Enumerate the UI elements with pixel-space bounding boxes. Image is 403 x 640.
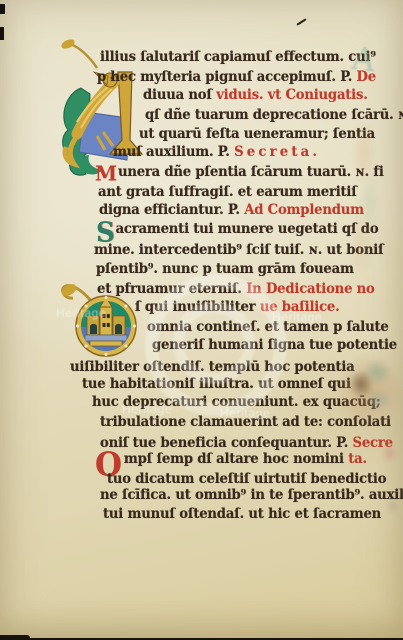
manuscript-line: ut quarū feſta ueneramur; ſentia — [139, 127, 375, 143]
rubric-text: Secreta. — [234, 145, 320, 161]
gold-leaf — [60, 37, 76, 50]
rubric-text: Ad Complendum — [244, 203, 364, 219]
manuscript-line: tuo dicatum celeſtiſ uirtutiſ benedictio — [107, 472, 386, 488]
manuscript-line: oniſ tue beneficia conſequantur. P. Secr… — [100, 436, 393, 452]
body-text: qſ dñe tuarum deprecatione ſcārū. ɴ. — [145, 108, 403, 124]
tower-window — [103, 323, 106, 327]
temple-step — [90, 341, 122, 346]
faint-pink-mark — [382, 443, 397, 463]
manuscript-line: digna efficiantur. P. Ad Complendum — [99, 203, 364, 219]
body-text: pſentib⁹. nunc p tuam grām foueam — [96, 262, 354, 278]
body-text: muſ auxilium. P. — [113, 145, 234, 161]
temple-tower — [100, 307, 112, 335]
manuscript-line: qſ dñe tuarum deprecatione ſcārū. ɴ. — [145, 108, 403, 124]
showthrough-smudge — [352, 122, 382, 270]
temple-arch-left — [90, 324, 97, 334]
body-text: unera dñe pſentia ſcārum tuarū. ɴ. fi — [118, 165, 384, 181]
tower-window — [103, 314, 106, 318]
manuscript-line: ne ſcīfica. ut omnib⁹ in te ſperantib⁹. … — [100, 488, 403, 504]
stain-dark-smudge — [348, 369, 374, 399]
temple-arch-right — [115, 324, 122, 334]
body-text: ut quarū feſta ueneramur; ſentia — [139, 127, 375, 143]
body-text: p hec myſteria pignuſ accepimuſ. P. — [97, 70, 357, 86]
body-text: ant grata ſuffragiſ. et earum meritiſ — [98, 185, 357, 201]
body-text: omnia contineſ. et tamen p ſalute — [147, 320, 389, 336]
rubric-text: In Dedicatione no — [246, 282, 374, 298]
tower-window — [107, 314, 110, 318]
manuscript-line: Munera dñe pſentia ſcārum tuarū. ɴ. fi — [95, 165, 384, 182]
body-text: tui munuſ oſtendaſ. ut hic et ſacramen — [103, 507, 381, 523]
pen-tick-mark — [296, 18, 306, 26]
manuscript-line: omnia contineſ. et tamen p ſalute — [147, 320, 389, 336]
body-text: tuo dicatum celeſtiſ uirtutiſ benedictio — [107, 472, 386, 488]
manuscript-line: ant grata ſuffragiſ. et earum meritiſ — [98, 185, 357, 201]
faint-pink-mark — [387, 498, 400, 514]
body-text: mine. intercedentib⁹ ſciſ tuiſ. ɴ. ut bo… — [94, 243, 384, 259]
body-text: oniſ tue beneficia conſequantur. P. — [100, 436, 353, 452]
manuscript-line: diuua noſ viduis. vt Coniugatis. — [143, 88, 368, 104]
rubric-text: ta. — [348, 452, 367, 468]
tower-window — [107, 323, 110, 327]
manuscript-line: tue habitationiſ illuſtra. ut omneſ qui — [82, 377, 351, 393]
manuscript-line: muſ auxilium. P. Secreta. — [113, 145, 320, 161]
manuscript-line: Sacramenti tui munere uegetati qſ do — [96, 222, 378, 242]
manuscript-line: pſentib⁹. nunc p tuam grām foueam — [96, 262, 354, 278]
body-text: acramenti tui munere uegetati qſ do — [116, 222, 379, 238]
gold-stem — [70, 44, 97, 68]
body-text: digna efficiantur. P. — [99, 203, 244, 219]
manuscript-line: et pfruamur eterniſ. In Dedicatione no — [97, 282, 375, 298]
body-text: illius ſalutariſ capiamuſ effectum. cui⁹ — [100, 50, 376, 66]
rubric-text: ue baſilice. — [260, 300, 340, 316]
manuscript-page: illius ſalutariſ capiamuſ effectum. cui⁹… — [0, 0, 403, 640]
body-text: et pfruamur eterniſ. — [97, 282, 246, 298]
film-edge-mark — [0, 27, 4, 40]
manuscript-line: ſ qui inuiſibiliter ue baſilice. — [135, 300, 339, 316]
manuscript-line: tui munuſ oſtendaſ. ut hic et ſacramen — [103, 507, 381, 523]
manuscript-line: Ompſ ſemp dſ altare hoc nomini ta. — [95, 452, 367, 474]
manuscript-line: illius ſalutariſ capiamuſ effectum. cui⁹ — [100, 50, 376, 66]
body-text: ſ qui inuiſibiliter — [135, 300, 260, 316]
manuscript-line: generiſ humani ſigna tue potentie — [152, 338, 397, 354]
manuscript-line: mine. intercedentib⁹ ſciſ tuiſ. ɴ. ut bo… — [94, 243, 384, 259]
rubric-text: viduis. vt Coniugatis. — [216, 88, 367, 104]
manuscript-line: p hec myſteria pignuſ accepimuſ. P. De — [97, 70, 376, 86]
body-text: tue habitationiſ illuſtra. ut omneſ qui — [82, 377, 351, 393]
showthrough-letter: A — [350, 39, 378, 80]
film-edge-mark — [0, 4, 5, 14]
rubric-text: M — [95, 161, 117, 186]
manuscript-line: uiſibiliter oſtendiſ. templū hoc potenti… — [70, 360, 355, 376]
body-text: diuua noſ — [143, 88, 216, 104]
body-text: mpſ ſemp dſ altare hoc nomini — [124, 452, 348, 468]
temple-base — [85, 335, 127, 341]
body-text: generiſ humani ſigna tue potentie — [152, 338, 397, 354]
offset-stain — [336, 353, 403, 429]
body-text: uiſibiliter oſtendiſ. templū hoc potenti… — [70, 360, 355, 376]
body-text: ne ſcīfica. ut omnib⁹ in te ſperantib⁹. … — [100, 488, 403, 504]
